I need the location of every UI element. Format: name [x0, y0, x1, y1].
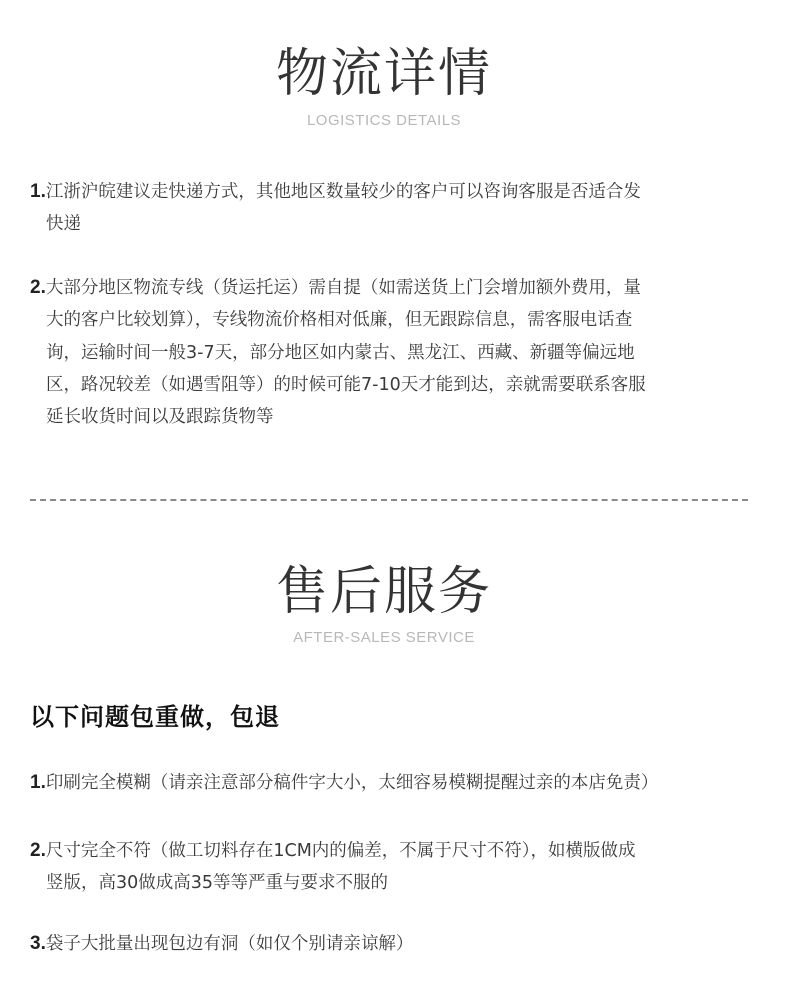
item-text: 袋子大批量出现包边有洞（如仅个别请亲谅解）: [46, 934, 414, 954]
item-text: 尺寸完全不符（做工切料存在1CM内的偏差，不属于尺寸不符），如横版做成: [46, 841, 636, 861]
item-text: 大部分地区物流专线（货运托运）需自提（如需送货上门会增加额外费用，量: [46, 278, 641, 298]
item-text: 江浙沪皖建议走快递方式，其他地区数量较少的客户可以咨询客服是否适合发: [46, 182, 641, 202]
after-sales-subheading: 以下问题包重做，包退: [30, 700, 280, 734]
item-number: 1.: [30, 181, 46, 202]
logistics-item-1: 1.江浙沪皖建议走快递方式，其他地区数量较少的客户可以咨询客服是否适合发 快递: [30, 176, 750, 241]
item-number: 3.: [30, 933, 46, 954]
item-number: 1.: [30, 772, 46, 793]
after-sales-item-2: 2.尺寸完全不符（做工切料存在1CM内的偏差，不属于尺寸不符），如横版做成 竖版…: [30, 835, 750, 900]
after-sales-item-1: 1.印刷完全模糊（请亲注意部分稿件字大小，太细容易模糊提醒过亲的本店免责）: [30, 767, 750, 799]
item-text: 印刷完全模糊（请亲注意部分稿件字大小，太细容易模糊提醒过亲的本店免责）: [46, 773, 659, 793]
after-sales-subtitle: AFTER-SALES SERVICE: [0, 629, 768, 647]
item-text-continued: 大的客户比较划算），专线物流价格相对低廉，但无跟踪信息，需客服电话查: [30, 304, 750, 336]
dashed-divider: [30, 499, 748, 501]
item-text-continued: 竖版，高30做成高35等等严重与要求不服的: [30, 867, 750, 899]
item-text-continued: 区，路况较差（如遇雪阻等）的时候可能7-10天才能到达，亲就需要联系客服: [30, 369, 750, 401]
item-text-continued: 延长收货时间以及跟踪货物等: [30, 401, 750, 433]
item-number: 2.: [30, 840, 46, 861]
logistics-title: 物流详情: [0, 44, 768, 104]
item-text-continued: 询，运输时间一般3-7天，部分地区如内蒙古、黑龙江、西藏、新疆等偏远地: [30, 337, 750, 369]
logistics-item-2: 2.大部分地区物流专线（货运托运）需自提（如需送货上门会增加额外费用，量 大的客…: [30, 272, 750, 433]
item-number: 2.: [30, 277, 46, 298]
after-sales-title: 售后服务: [0, 562, 768, 622]
after-sales-item-3: 3.袋子大批量出现包边有洞（如仅个别请亲谅解）: [30, 928, 750, 960]
logistics-subtitle: LOGISTICS DETAILS: [0, 112, 768, 130]
item-text-continued: 快递: [30, 208, 750, 240]
